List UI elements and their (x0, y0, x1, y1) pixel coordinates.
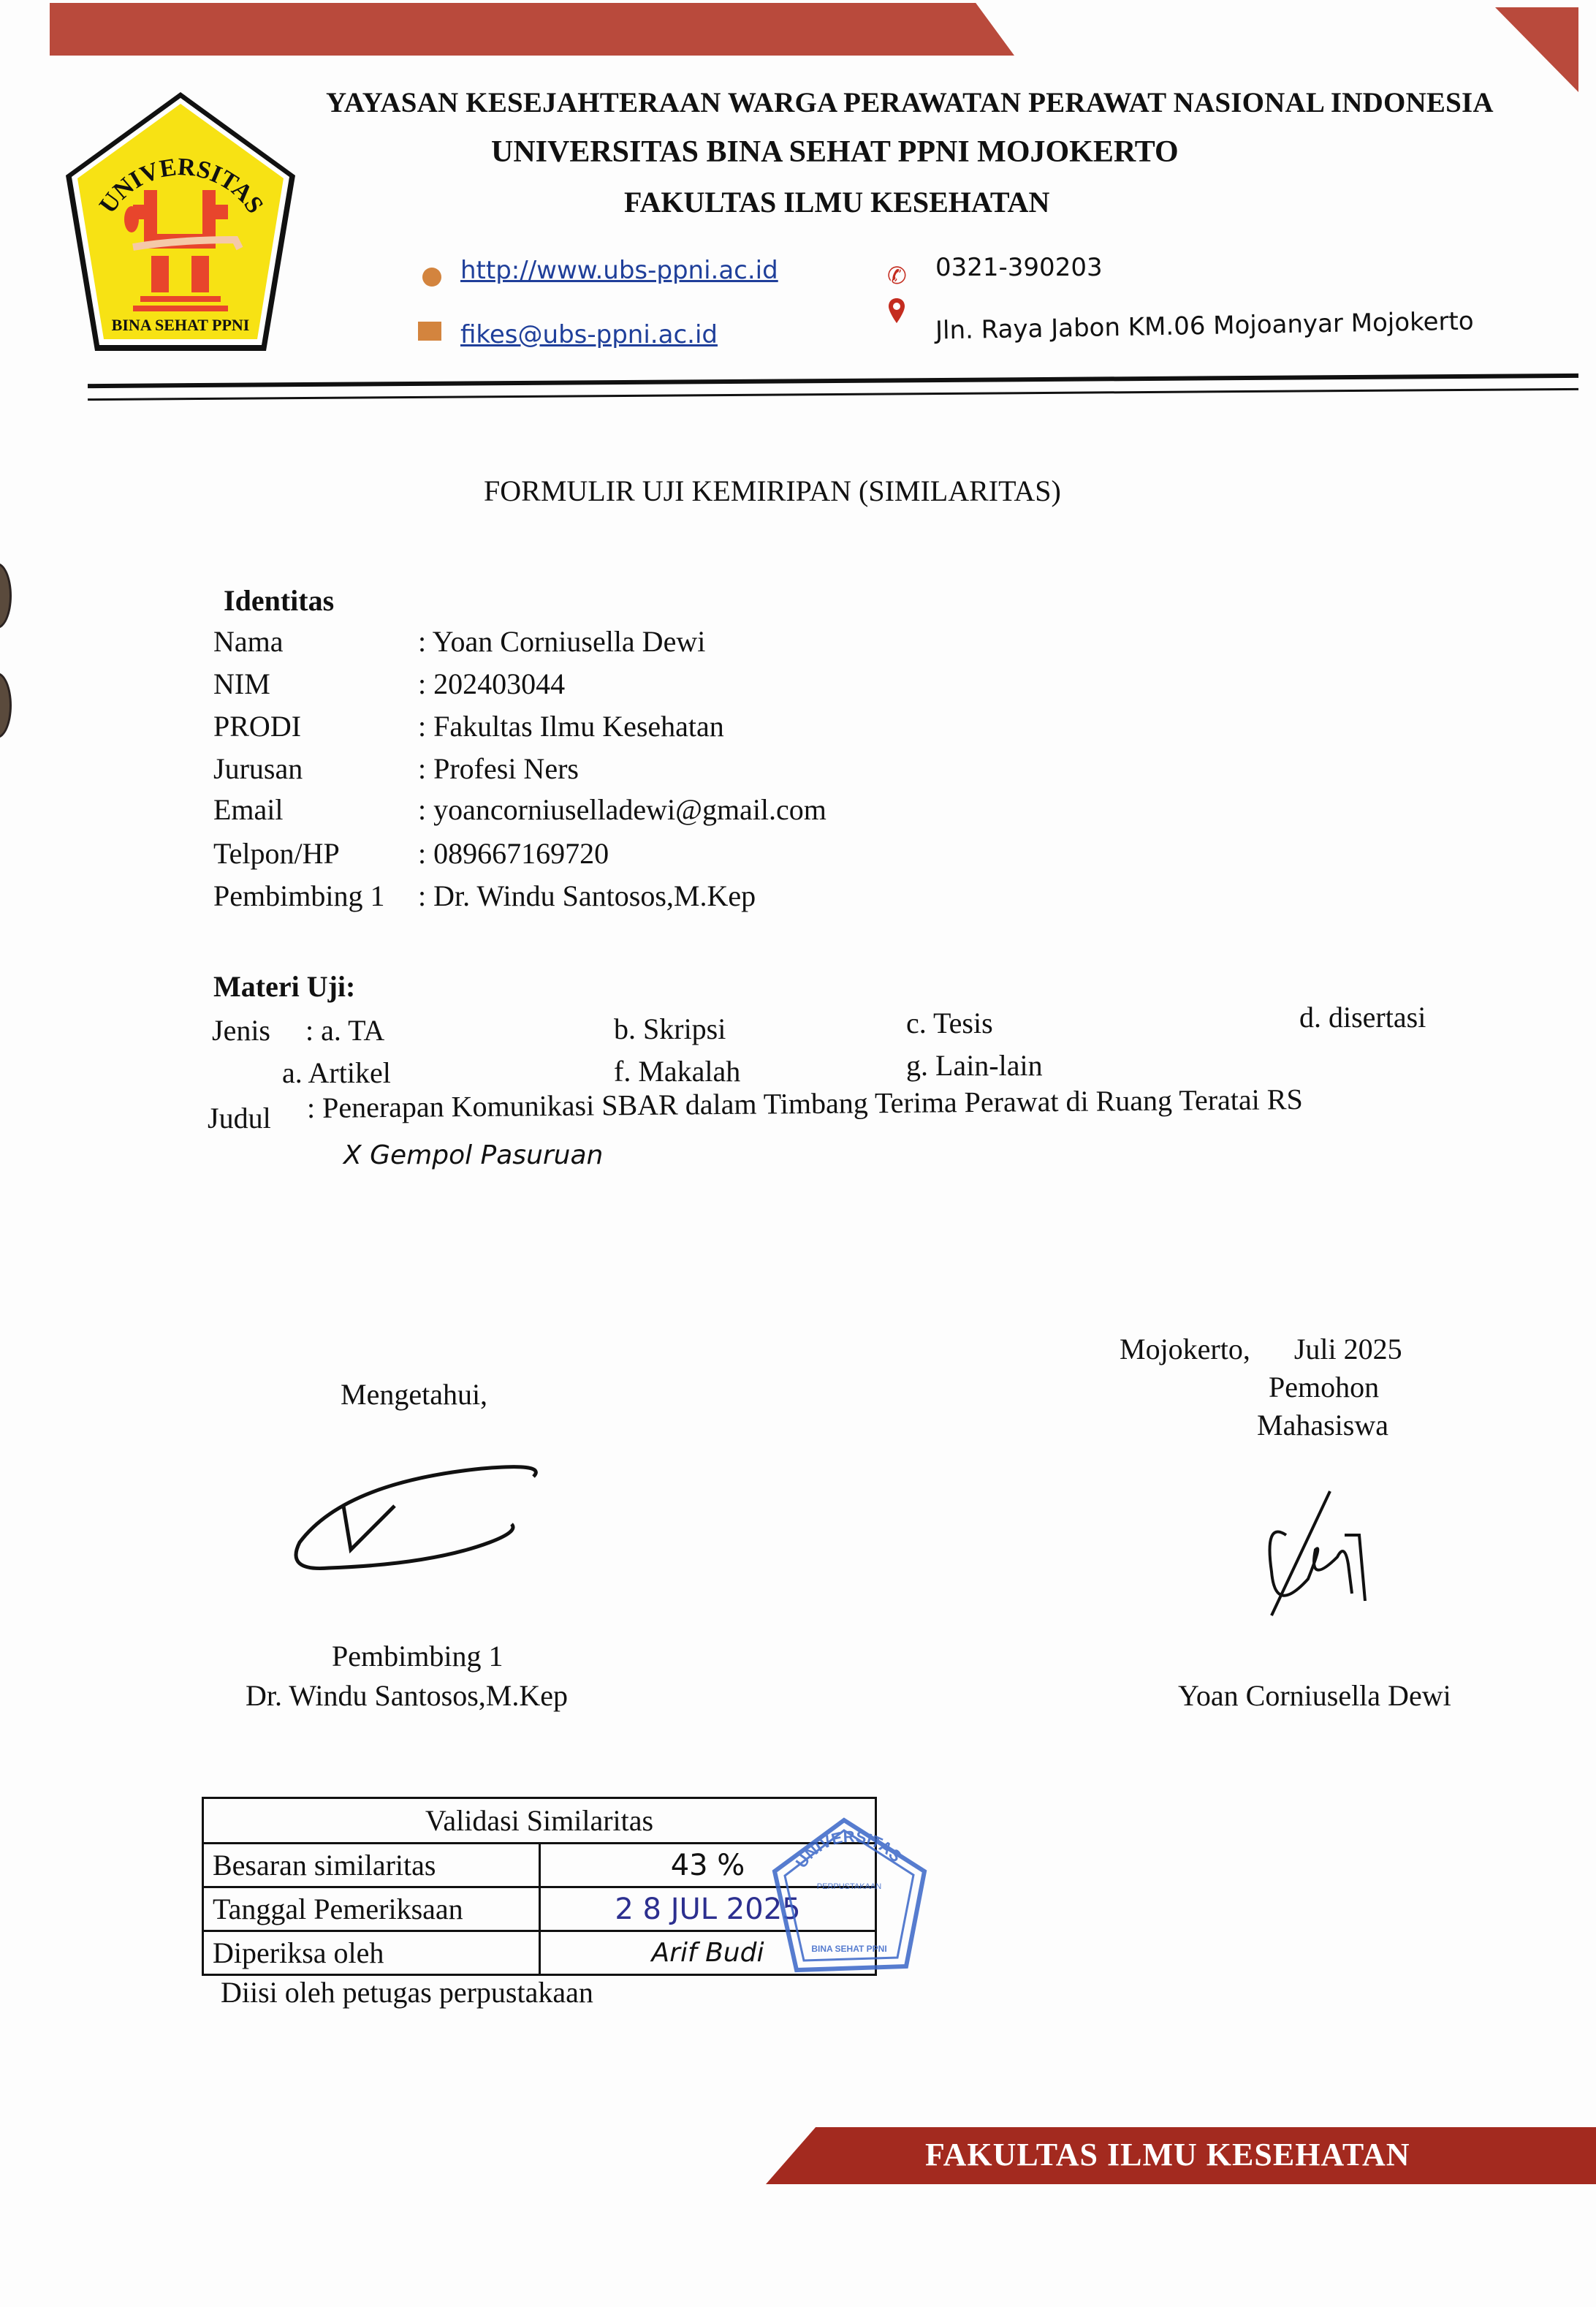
logo-bottom-text: BINA SEHAT PPNI (112, 316, 250, 334)
header-rule-thick (88, 374, 1578, 388)
website-link[interactable]: http://www.ubs-ppni.ac.id (460, 256, 778, 285)
field-label-nama: Nama (213, 627, 284, 656)
svg-text:PERPUSTAKAAN: PERPUSTAKAAN (817, 1882, 881, 1891)
binder-hole (0, 673, 12, 738)
field-label-nim: NIM (213, 670, 270, 699)
option-lain-lain: g. Lain-lain (906, 1051, 1043, 1080)
judul-printed: : Penerapan Komunikasi SBAR dalam Timban… (307, 1085, 1303, 1123)
email-link[interactable]: fikes@ubs-ppni.ac.id (460, 320, 718, 349)
corner-triangle (1495, 7, 1578, 92)
judul-handwritten: X Gempol Pasuruan (343, 1140, 603, 1170)
applicant-signature-icon (1242, 1469, 1381, 1630)
applicant-name: Yoan Corniusella Dewi (1178, 1681, 1451, 1711)
university-name: UNIVERSITAS BINA SEHAT PPNI MOJOKERTO (491, 135, 1179, 170)
field-label-prodi: PRODI (213, 712, 301, 741)
option-ta: : a. TA (305, 1016, 384, 1045)
judul-label: Judul (208, 1104, 271, 1133)
phone-icon: ✆ (887, 262, 907, 289)
form-title: FORMULIR UJI KEMIRIPAN (SIMILARITAS) (484, 474, 1061, 508)
mail-icon (418, 322, 441, 341)
header-rule-thin (88, 388, 1578, 401)
globe-icon (422, 268, 441, 287)
row-label: Tanggal Pemeriksaan (203, 1887, 540, 1931)
applicant-role-2: Mahasiswa (1257, 1411, 1388, 1440)
svg-text:BINA SEHAT PPNI: BINA SEHAT PPNI (811, 1944, 886, 1954)
identity-heading: Identitas (224, 586, 334, 615)
field-value-pembimbing: : Dr. Windu Santosos,M.Kep (418, 882, 756, 911)
supervisor-role: Pembimbing 1 (332, 1642, 503, 1671)
field-value-nim: : 202403044 (418, 670, 565, 699)
university-logo-icon: UNIVERSITAS BINA SEHAT PPNI (60, 88, 301, 358)
field-label-pembimbing: Pembimbing 1 (213, 882, 384, 911)
field-label-jurusan: Jurusan (213, 754, 303, 784)
option-disertasi: d. disertasi (1299, 1003, 1426, 1032)
binder-hole (0, 563, 12, 629)
field-value-telpon: : 089667169720 (418, 839, 609, 868)
row-label: Diperiksa oleh (203, 1931, 540, 1975)
place-date: Mojokerto, Juli 2025 (1120, 1335, 1402, 1364)
location-pin-icon (889, 298, 905, 323)
field-value-prodi: : Fakultas Ilmu Kesehatan (418, 712, 724, 741)
material-heading: Materi Uji: (213, 972, 355, 1001)
option-artikel: a. Artikel (282, 1058, 391, 1088)
svg-text:UNIVERSITAS: UNIVERSITAS (792, 1827, 905, 1871)
footer-banner-text: FAKULTAS ILMU KESEHATAN (925, 2136, 1410, 2173)
foundation-name: YAYASAN KESEJAHTERAAN WARGA PERAWATAN PE… (326, 86, 1494, 119)
supervisor-name: Dr. Windu Santosos,M.Kep (246, 1681, 568, 1711)
acknowledge-label: Mengetahui, (341, 1380, 487, 1409)
option-tesis: c. Tesis (906, 1009, 993, 1038)
field-value-nama: : Yoan Corniusella Dewi (418, 627, 705, 656)
field-value-email: : yoancorniuselladewi@gmail.com (418, 795, 826, 825)
option-skripsi: b. Skripsi (614, 1015, 726, 1044)
faculty-name: FAKULTAS ILMU KESEHATAN (624, 185, 1049, 219)
row-label: Besaran similaritas (203, 1844, 540, 1887)
supervisor-signature-icon (285, 1462, 548, 1579)
field-value-jurusan: : Profesi Ners (418, 754, 579, 784)
phone-number: 0321-390203 (935, 253, 1103, 282)
address: Jln. Raya Jabon KM.06 Mojoanyar Mojokert… (935, 307, 1474, 346)
library-stamp-icon: UNIVERSITAS PERPUSTAKAAN BINA SEHAT PPNI (767, 1813, 935, 1981)
option-makalah: f. Makalah (614, 1057, 740, 1086)
field-label-email: Email (213, 795, 284, 825)
jenis-label: Jenis (212, 1016, 270, 1045)
validation-note: Diisi oleh petugas perpustakaan (221, 1978, 593, 2007)
field-label-telpon: Telpon/HP (213, 839, 340, 868)
applicant-role: Pemohon (1269, 1373, 1379, 1402)
top-ribbon (50, 3, 1014, 56)
